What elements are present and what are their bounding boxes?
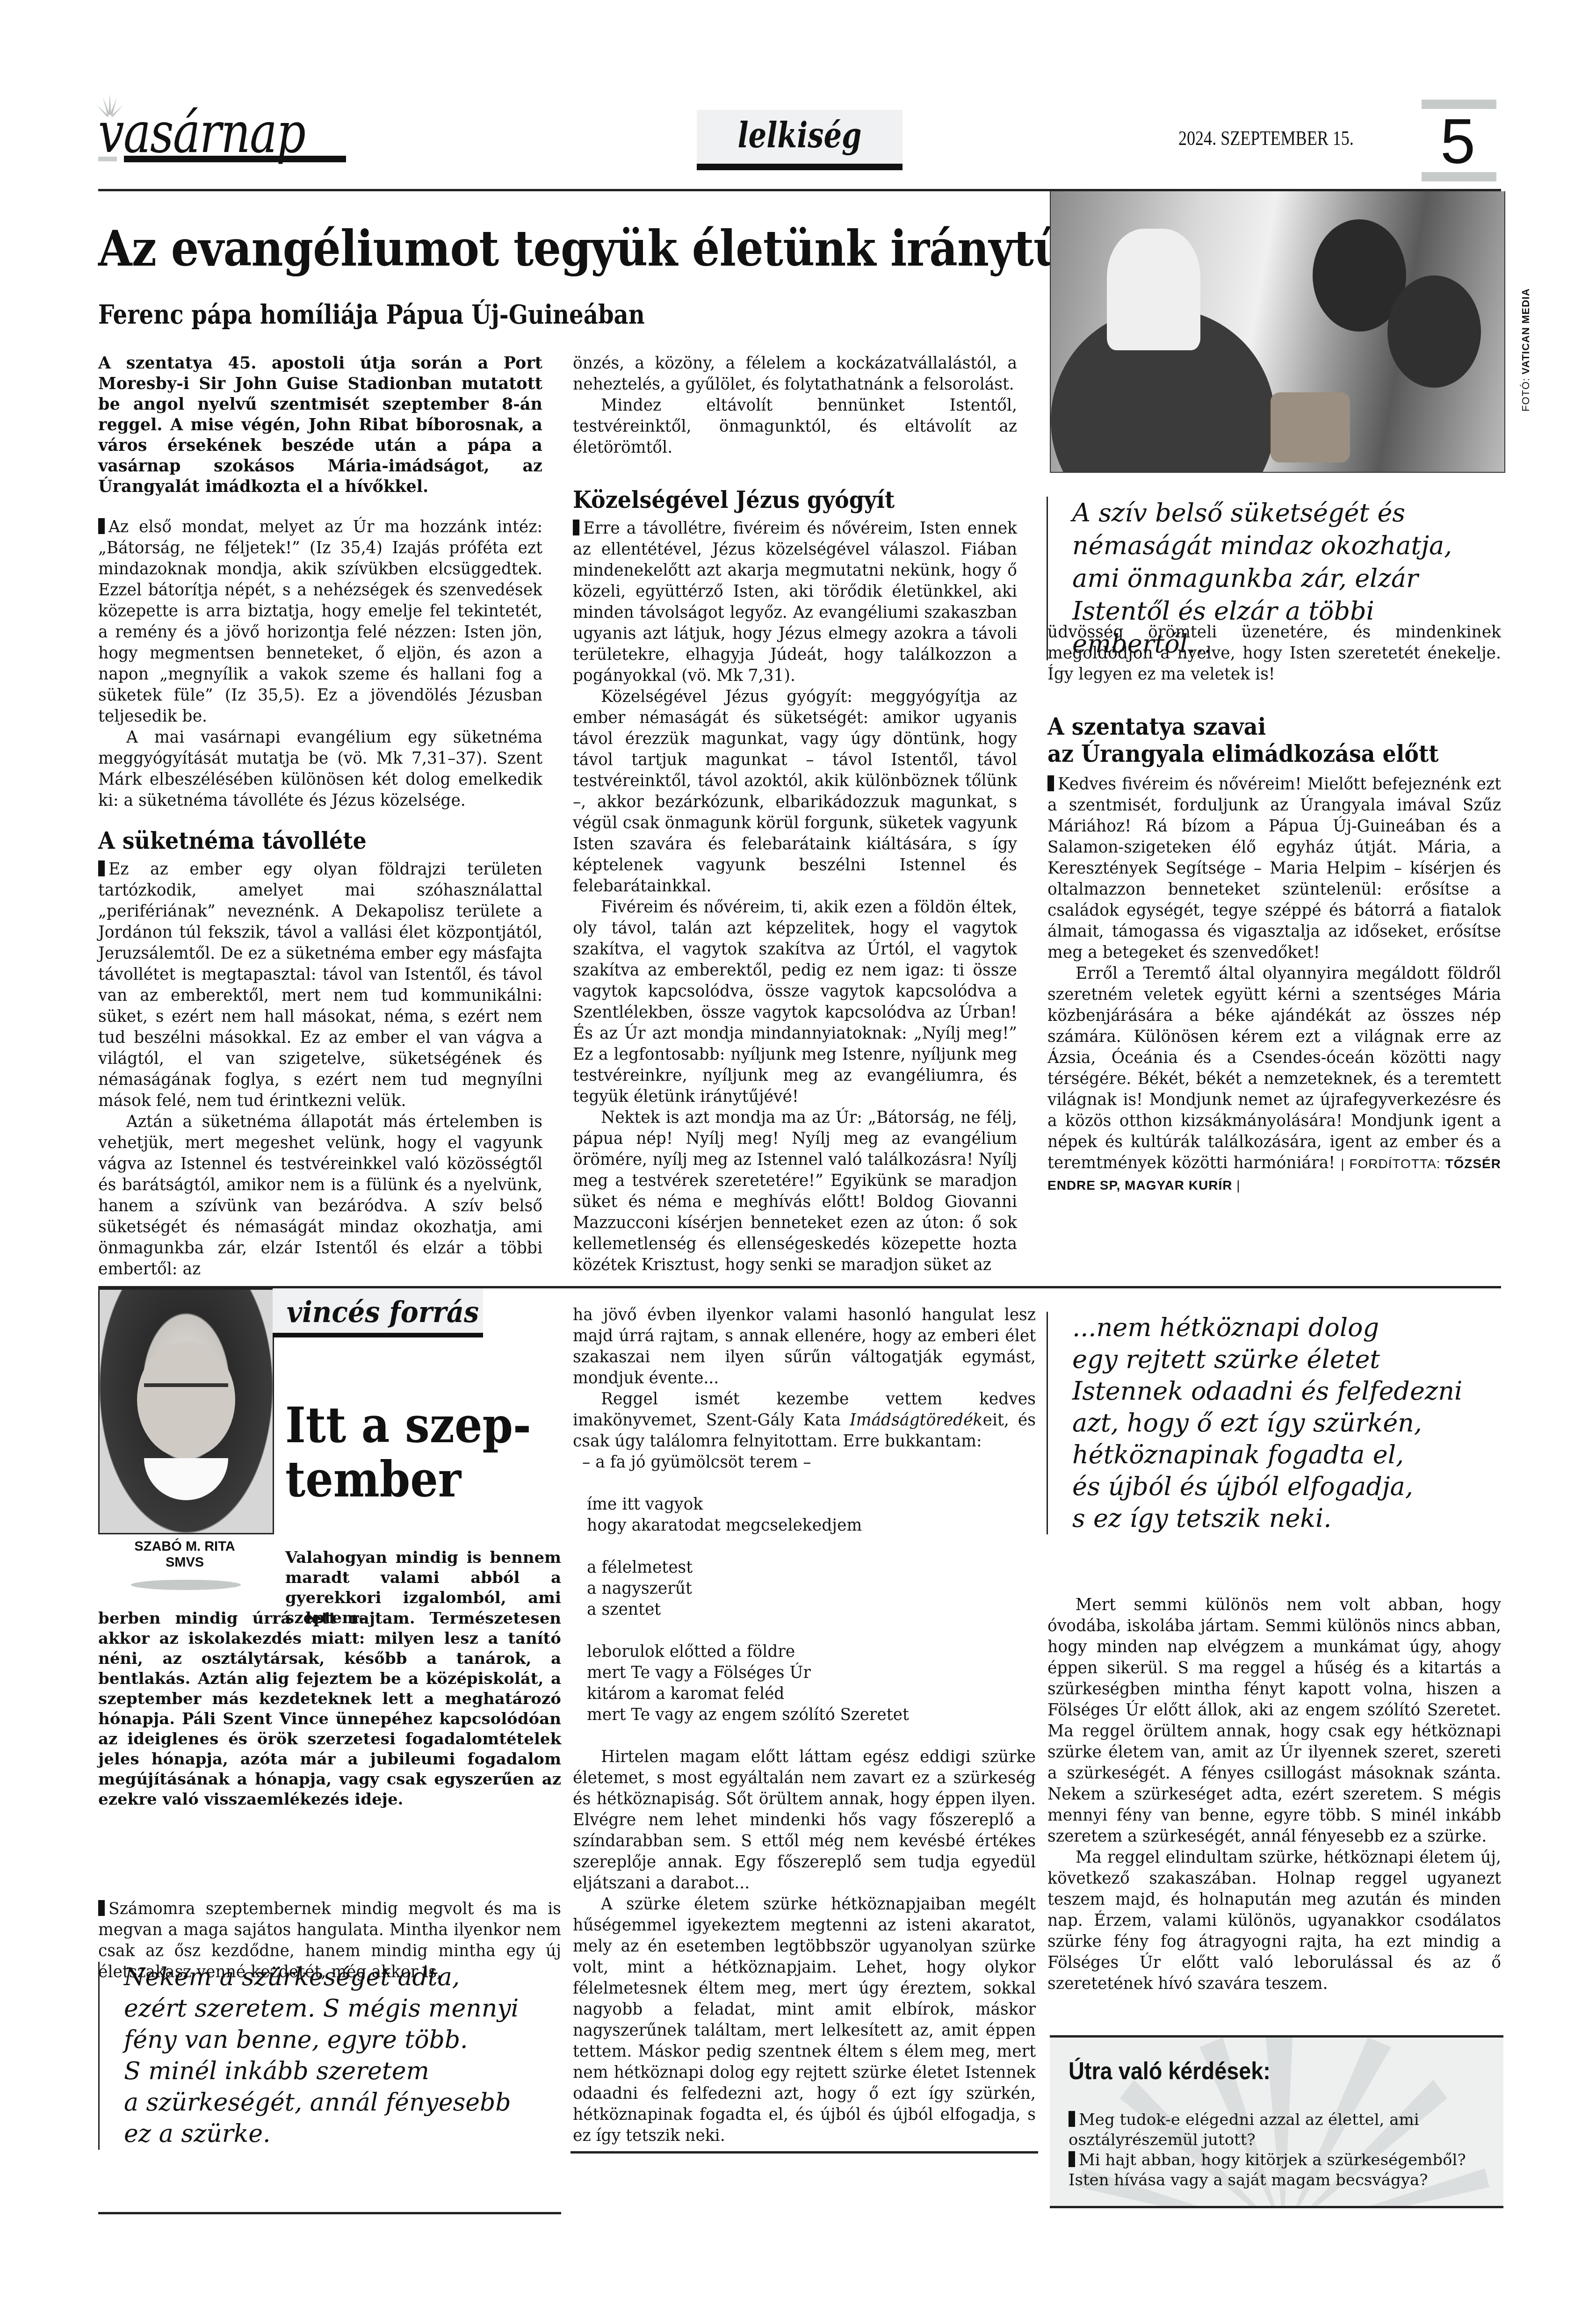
photo-credit: FOTÓ: VATICAN MEDIA <box>1520 288 1532 412</box>
article-column-2: önzés, a közöny, a félelem a kockázatvál… <box>573 353 1017 1276</box>
section-heading-line-2: az Úrangyala elimádkozása előtt <box>1047 740 1465 767</box>
section-heading: A süketnéma távolléte <box>98 827 507 854</box>
section-label: lelkiség <box>715 116 884 156</box>
author-photo <box>98 1288 274 1534</box>
question-item: Meg tudok-e elégedni azzal az élettel, a… <box>1069 2110 1489 2150</box>
paragraph: Reggel ismét kezembe vettem kedves imakö… <box>573 1389 1036 1452</box>
paragraph: üdvösség örömteli üzenetére, és mindenki… <box>1047 622 1501 685</box>
paragraph: A mai vasárnapi evangélium egy süketnéma… <box>98 727 542 811</box>
column-tag: vincés forrás <box>273 1288 483 1337</box>
paragraph: Nektek is azt mondja ma az Úr: „Bátorság… <box>573 1107 1017 1276</box>
paragraph: Erről a Teremtő által olyannyira megáldo… <box>1047 963 1501 1196</box>
article-subheadline: Ferenc pápa homíliája Pápua Új-Guineában <box>98 299 645 330</box>
paragraph: Közelségével Jézus gyógyít: meggyógyítja… <box>573 687 1017 897</box>
questions-title: Útra való kérdések: <box>1069 2057 1271 2085</box>
article-headline: Az evangéliumot tegyük életünk iránytűjé… <box>98 220 1179 277</box>
section-tag: lelkiség <box>697 110 903 170</box>
article-photo <box>1050 191 1505 473</box>
paragraph: Kedves fivéreim és nővéreim! Mielőtt bef… <box>1047 774 1501 963</box>
section-heading: Közelségével Jézus gyógyít <box>573 486 982 513</box>
paragraph-marker-icon <box>98 1900 105 1916</box>
article-lead: A szentatya 45. apostoli útja során a Po… <box>98 353 542 497</box>
paragraph: ha jövő évben ilyenkor valami hasonló ha… <box>573 1305 1036 1389</box>
pull-quote: ...nem hétköznapi dolog egy rejtett szür… <box>1047 1312 1493 1534</box>
questions-box: Útra való kérdések: Meg tudok-e elégedni… <box>1050 2035 1503 2208</box>
question-item: Mi hajt abban, hogy kitörjek a szürkeség… <box>1069 2150 1489 2190</box>
poem: íme itt vagyok hogy akaratodat megcselek… <box>573 1494 1036 1726</box>
column-text-2: ha jövő évben ilyenkor valami hasonló ha… <box>573 1305 1036 2147</box>
article-column-1: A szentatya 45. apostoli útja során a Po… <box>98 353 542 1280</box>
column-text-3: Mert semmi különös nem volt abban, hogy … <box>1047 1595 1501 1995</box>
page-number: 5 <box>1440 105 1475 178</box>
paragraph: Fivéreim és nővéreim, ti, akik ezen a fö… <box>573 897 1017 1107</box>
photo-basket <box>1271 392 1350 463</box>
paragraph-marker-icon <box>1069 2151 1075 2167</box>
author-glasses <box>144 1383 228 1410</box>
author-collar <box>144 1458 228 1500</box>
footer-divider-2 <box>571 2151 1038 2154</box>
paragraph: Mert semmi különös nem volt abban, hogy … <box>1047 1595 1501 1847</box>
photo-mitre <box>1107 229 1200 350</box>
paragraph: Mindez eltávolít bennünket Istentől, tes… <box>573 395 1017 458</box>
paragraph: A szürke életem szürke hétköznapjaiban m… <box>573 1894 1036 2147</box>
paragraph-marker-icon <box>98 518 105 534</box>
article-column-3: üdvösség örömteli üzenetére, és mindenki… <box>1047 622 1501 1196</box>
pull-quote: Nekem a szürkeséget adta, ezért szeretem… <box>98 1962 545 2150</box>
byline-accent <box>131 1580 241 1590</box>
paragraph: önzés, a közöny, a félelem a kockázatvál… <box>573 353 1017 395</box>
paragraph-marker-icon <box>98 860 105 876</box>
paragraph-marker-icon <box>1069 2111 1075 2127</box>
column-tag-label: vincés forrás <box>287 1295 479 1329</box>
footer-divider <box>98 2212 561 2214</box>
paragraph-marker-icon <box>1047 775 1054 791</box>
paragraph: Ez az ember egy olyan földrajzi területe… <box>98 859 542 1112</box>
paragraph-marker-icon <box>573 520 579 535</box>
paragraph: Erre a távollétre, fivéreim és nővéreim,… <box>573 518 1017 687</box>
paragraph: Hirtelen magam előtt láttam egész eddigi… <box>573 1747 1036 1894</box>
questions-list: Meg tudok-e elégedni azzal az élettel, a… <box>1069 2110 1489 2190</box>
author-byline: SZABÓ M. RITA SMVS <box>98 1539 271 1570</box>
page-number-bottom-bar <box>1422 172 1496 181</box>
masthead-accent-bar <box>98 157 117 161</box>
issue-date: 2024. SZEPTEMBER 15. <box>1178 126 1354 150</box>
paragraph: Ma reggel elindultam szürke, hétköznapi … <box>1047 1847 1501 1995</box>
column-lead-continued: berben mindig úrrá lett rajtam. Természe… <box>98 1609 561 1810</box>
column-title: Itt a szep- tember <box>285 1398 531 1507</box>
section-heading: A szentatya szavai <box>1047 713 1465 740</box>
paragraph: Aztán a süketnéma állapotát más értelemb… <box>98 1112 542 1280</box>
poem-intro: – a fa jó gyümölcsöt terem – <box>573 1452 1036 1473</box>
paragraph: Az első mondat, melyet az Úr ma hozzánk … <box>98 517 542 727</box>
masthead-underline <box>124 156 346 162</box>
photo-figure-child <box>1387 275 1481 388</box>
